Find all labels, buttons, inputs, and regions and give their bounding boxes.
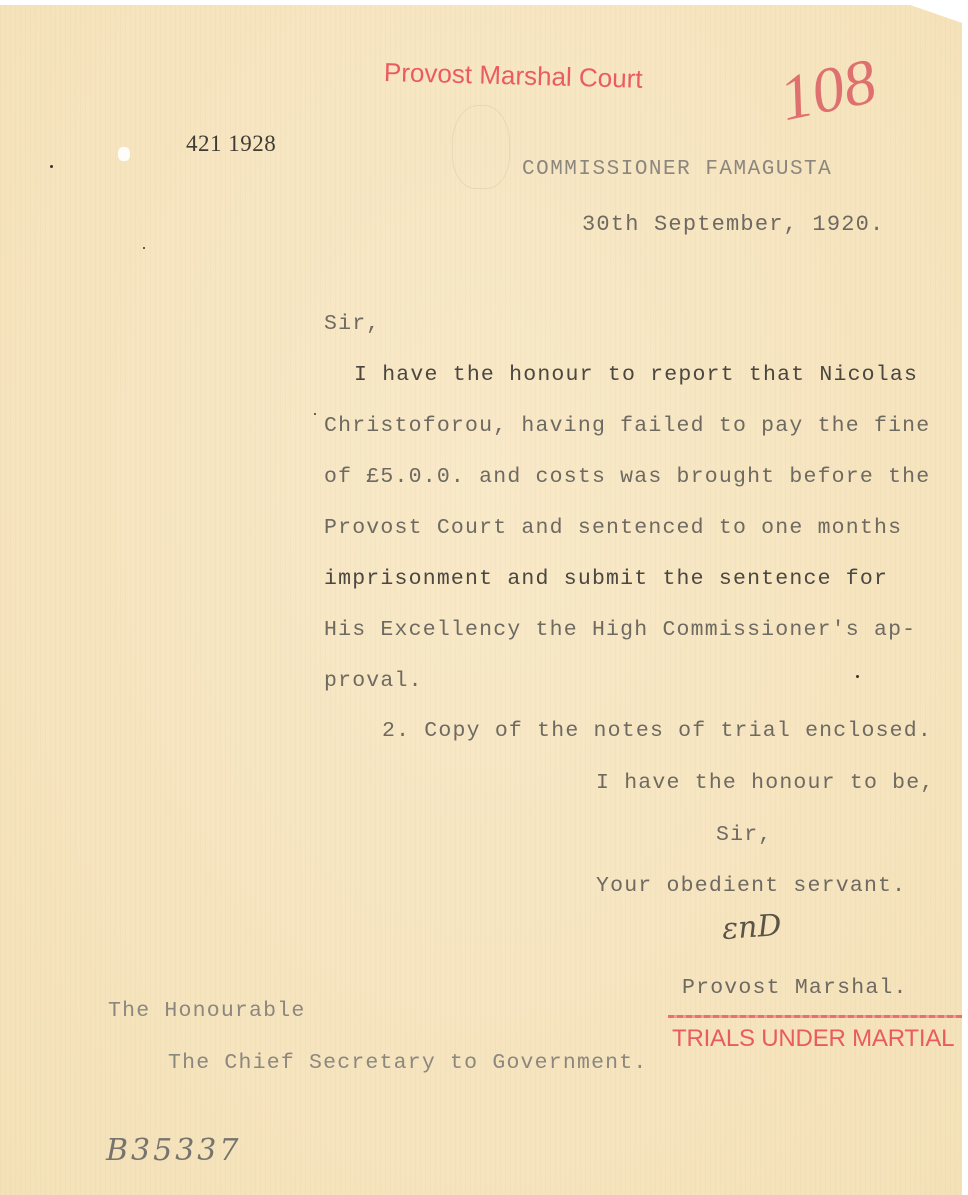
body-line-2: Christoforou, having failed to pay the f… bbox=[324, 414, 930, 438]
addressee-line-1: The Honourable bbox=[108, 999, 305, 1023]
body-line-6: His Excellency the High Commissioner's a… bbox=[324, 618, 916, 642]
paper-damage-spot bbox=[118, 147, 130, 161]
addressee-line-2: The Chief Secretary to Government. bbox=[168, 1051, 647, 1075]
body-line-4: Provost Court and sentenced to one month… bbox=[324, 516, 902, 540]
body-line-1: I have the honour to report that Nicolas bbox=[354, 363, 918, 387]
paper-speck bbox=[50, 165, 53, 168]
salutation: Sir, bbox=[324, 312, 380, 336]
stamp-trials-under-martial: TRIALS UNDER MARTIAL bbox=[672, 1025, 954, 1053]
stamp-provost-marshal-court: Provost Marshal Court bbox=[384, 57, 643, 95]
body-line-5: imprisonment and submit the sentence for bbox=[324, 567, 888, 591]
signature-initials: ɛnD bbox=[721, 908, 783, 947]
body-line-7: proval. bbox=[324, 669, 423, 693]
paragraph-2: 2. Copy of the notes of trial enclosed. bbox=[382, 719, 932, 743]
sender-heading: COMMISSIONER FAMAGUSTA bbox=[522, 158, 832, 181]
document-page: Provost Marshal Court 108 421 1928 COMMI… bbox=[0, 5, 962, 1195]
signatory-title: Provost Marshal. bbox=[682, 976, 908, 1000]
closing-line-3: Your obedient servant. bbox=[596, 874, 906, 898]
folio-number: 108 bbox=[773, 44, 882, 136]
reference-number: 421 1928 bbox=[186, 131, 276, 157]
stamp-border-line bbox=[668, 1015, 968, 1018]
paper-speck bbox=[314, 413, 316, 415]
closing-line-1: I have the honour to be, bbox=[596, 771, 934, 795]
letter-date: 30th September, 1920. bbox=[582, 212, 884, 237]
body-line-3: of £5.0.0. and costs was brought before … bbox=[324, 465, 930, 489]
paper-speck bbox=[143, 247, 145, 249]
pencil-archive-number: B35337 bbox=[106, 1133, 241, 1168]
embossed-crest-icon bbox=[452, 105, 510, 189]
closing-line-2: Sir, bbox=[716, 823, 772, 847]
paper-speck bbox=[856, 675, 859, 678]
